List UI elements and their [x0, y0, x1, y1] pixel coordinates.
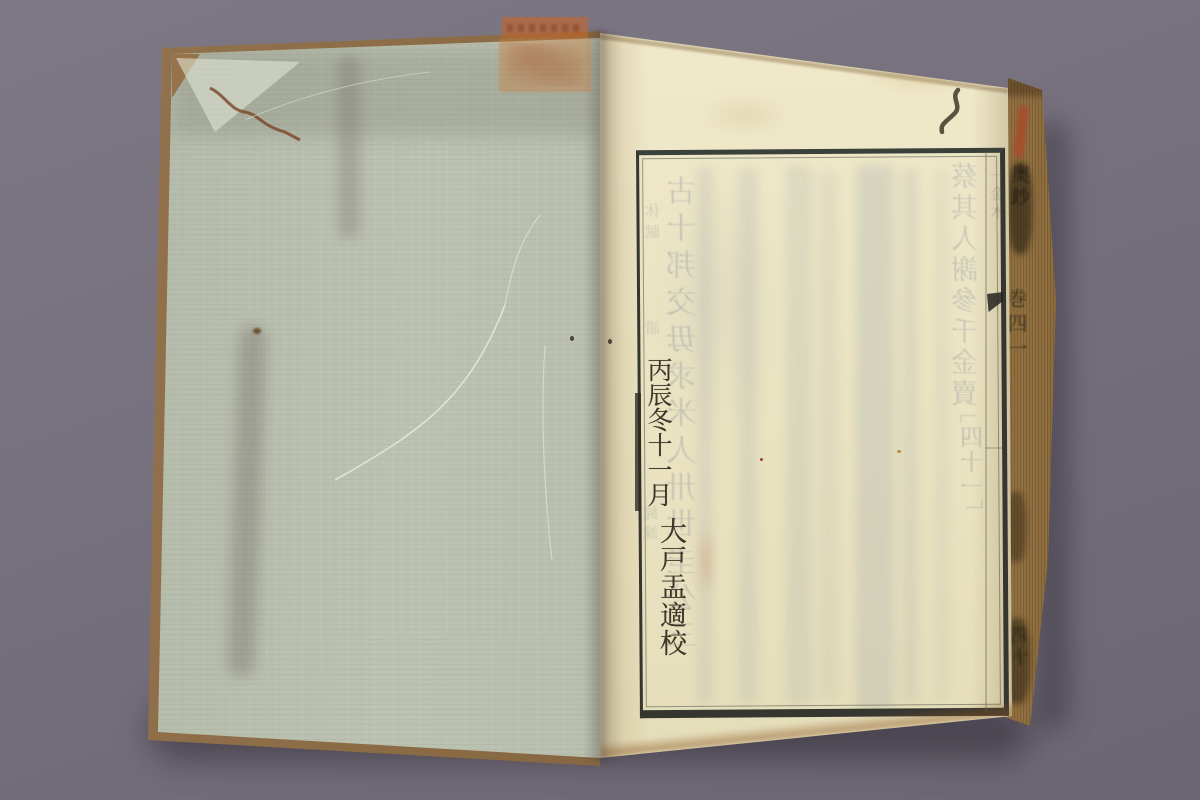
colophon-frame-border [636, 148, 1009, 719]
frame-left-border-thick-segment [635, 393, 641, 511]
banxin-rule-line [985, 152, 987, 712]
shelf-label-top-band [502, 17, 588, 38]
ochre-speck [897, 450, 901, 453]
brown-speck [253, 328, 261, 334]
seal-showthrough [694, 524, 718, 598]
fore-edge-rust-mark [1013, 106, 1028, 159]
banxin-tick-line [985, 447, 1002, 449]
colophon-date-column: 丙辰冬十一月 [646, 357, 671, 507]
shelf-label-mottling [507, 44, 583, 86]
fore-edge-edge-title-top: 奥鈔 [1008, 164, 1029, 211]
paper-fiber-texture [158, 34, 602, 758]
shelf-label-body [499, 38, 591, 92]
colophon-proofreader-column: 大戸盂適校 [657, 517, 684, 657]
red-speck [760, 458, 763, 461]
dark-speck [570, 336, 574, 341]
banxin-faint-characters: 一金木 [989, 168, 1004, 222]
right-page-stain-small [700, 94, 792, 136]
frame-inner-line [642, 156, 1001, 707]
photograph-open-book: 奥鈔 巻四一 四十 [0, 0, 1200, 800]
right-page-stain-top [858, 40, 982, 94]
gutter-shadow [584, 30, 622, 762]
shelf-label-faint-marks [507, 24, 583, 32]
fore-edge-top-shade [1004, 76, 1048, 96]
endpaper-stain-streak-short [338, 56, 360, 238]
